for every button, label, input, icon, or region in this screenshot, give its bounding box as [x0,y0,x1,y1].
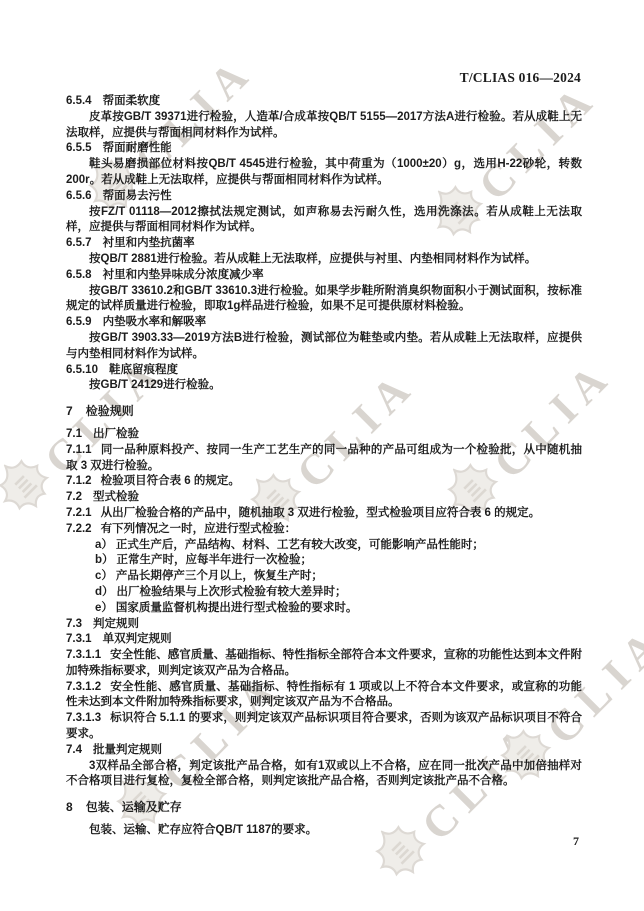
body-paragraph: 按FZ/T 01118—2012擦拭法规定测试，如声称易去污耐久性，选用洗涤法。… [66,205,582,237]
clause-number: 7.2 [66,491,82,503]
clause-title: 内垫吸水率和解吸率 [103,316,207,328]
clause-number: 6.5.10 [66,364,98,376]
clause-title: 型式检验 [93,491,139,503]
clause-heading: 7.3判定规则 [66,617,582,633]
body-paragraph: 按QB/T 2881进行检验。若从成鞋上无法取样，应提供与衬里、内垫相同材料作为… [66,252,582,268]
list-marker: d） [95,586,114,598]
document-page: CLIA CLIA CLIA CLIA [0,0,644,911]
clause-number: 7.1.1 [66,444,92,456]
list-item: e）国家质量监督机构提出进行型式检验的要求时。 [66,601,582,617]
clause-heading: 7.4批量判定规则 [66,743,582,759]
clause-title: 帮面柔软度 [103,95,161,107]
clause-title: 帮面耐磨性能 [103,142,172,154]
clause-title: 帮面易去污性 [103,190,172,202]
body-paragraph: 鞋头易磨损部位材料按QB/T 4545进行检验，其中荷重为（1000±20）g，… [66,157,582,189]
clause-heading: 6.5.4帮面柔软度 [66,94,582,110]
clause-title: 衬里和内垫抗菌率 [103,237,195,249]
clause-heading: 6.5.5帮面耐磨性能 [66,141,582,157]
page-number: 7 [573,834,579,849]
chapter-title: 包装、运输及贮存 [86,800,182,814]
chapter-heading: 7检验规则 [66,404,582,420]
numbered-clause: 7.2.2有下列情况之一时，应进行型式检验： [66,522,582,538]
list-item-text: 出厂检验结果与上次形式检验有较大差异时； [117,586,347,598]
clause-title: 批量判定规则 [93,744,162,756]
clause-title: 鞋底留痕程度 [109,364,178,376]
clause-number: 7.3.1 [66,633,92,645]
clause-heading: 7.3.1单双判定规则 [66,632,582,648]
clause-number: 7.4 [66,744,82,756]
clause-number: 6.5.6 [66,190,92,202]
body-paragraph: 按GB/T 3903.33—2019方法B进行检验，测试部位为鞋垫或内垫。若从成… [66,331,582,363]
numbered-clause: 7.3.1.3标识符合 5.1.1 的要求，则判定该双产品标识项目符合要求，否则… [66,711,582,743]
clause-text: 检验项目符合表 6 的规定。 [101,475,240,487]
clause-heading: 6.5.7衬里和内垫抗菌率 [66,236,582,252]
leather-hide-emblem-icon [0,445,63,524]
clause-number: 7.2.2 [66,523,92,535]
list-marker: b） [95,554,114,566]
clause-heading: 7.1出厂检验 [66,427,582,443]
clause-number: 6.5.5 [66,142,92,154]
numbered-clause: 7.2.1从出厂检验合格的产品中，随机抽取 3 双进行检验，型式检验项目应符合表… [66,506,582,522]
document-content: 6.5.4帮面柔软度皮革按GB/T 39371进行检验，人造革/合成革按QB/T… [66,94,582,839]
list-marker: e） [95,602,113,614]
body-paragraph: 皮革按GB/T 39371进行检验，人造革/合成革按QB/T 5155—2017… [66,110,582,142]
clause-title: 衬里和内垫异味成分浓度减少率 [103,269,264,281]
list-marker: a） [95,539,113,551]
clause-text: 标识符合 5.1.1 的要求，则判定该双产品标识项目符合要求，否则为该双产品标识… [66,712,582,740]
clause-heading: 7.2型式检验 [66,490,582,506]
list-item: a）正式生产后，产品结构、材料、工艺有较大改变，可能影响产品性能时； [66,538,582,554]
list-marker: c） [95,570,113,582]
clause-heading: 6.5.6帮面易去污性 [66,189,582,205]
chapter-number: 8 [66,800,73,814]
clause-text: 从出厂检验合格的产品中，随机抽取 3 双进行检验，型式检验项目应符合表 6 的规… [101,507,541,519]
numbered-clause: 7.1.2检验项目符合表 6 的规定。 [66,474,582,490]
clause-number: 7.3.1.2 [66,681,101,693]
clause-number: 7.3.1.1 [66,649,101,661]
clause-title: 单双判定规则 [103,633,172,645]
clause-text: 有下列情况之一时，应进行型式检验： [101,523,297,535]
list-item: b）正常生产时，应每半年进行一次检验； [66,553,582,569]
chapter-title: 检验规则 [86,404,134,418]
clause-title: 判定规则 [93,618,139,630]
standard-number: T/CLIAS 016—2024 [460,70,581,86]
clause-number: 6.5.8 [66,269,92,281]
body-paragraph: 包装、运输、贮存应符合QB/T 1187的要求。 [66,823,582,839]
clause-title: 出厂检验 [93,428,139,440]
list-item-text: 国家质量监督机构提出进行型式检验的要求时。 [116,602,358,614]
list-item: c）产品长期停产三个月以上，恢复生产时； [66,569,582,585]
clause-text: 安全性能、感官质量、基础指标、特性指标有 1 项或以上不符合本文件要求，或宣称的… [66,681,582,709]
chapter-heading: 8包装、运输及贮存 [66,800,582,816]
clause-text: 同一品种原料投产、按同一生产工艺生产的同一品种的产品可组成为一个检验批，从中随机… [66,444,582,472]
clause-number: 6.5.7 [66,237,92,249]
clause-number: 7.1 [66,428,82,440]
numbered-clause: 7.3.1.1安全性能、感官质量、基础指标、特性指标全部符合本文件要求，宣称的功… [66,648,582,680]
list-item: d）出厂检验结果与上次形式检验有较大差异时； [66,585,582,601]
clause-number: 7.3 [66,618,82,630]
numbered-clause: 7.1.1同一品种原料投产、按同一生产工艺生产的同一品种的产品可组成为一个检验批… [66,443,582,475]
list-item-text: 正常生产时，应每半年进行一次检验； [117,554,313,566]
clause-text: 安全性能、感官质量、基础指标、特性指标全部符合本文件要求，宣称的功能性达到本文件… [66,649,582,677]
body-paragraph: 按GB/T 33610.2和GB/T 33610.3进行检验。如果学步鞋所附消臭… [66,284,582,316]
clause-heading: 6.5.9内垫吸水率和解吸率 [66,315,582,331]
list-item-text: 产品长期停产三个月以上，恢复生产时； [116,570,323,582]
numbered-clause: 7.3.1.2安全性能、感官质量、基础指标、特性指标有 1 项或以上不符合本文件… [66,680,582,712]
list-item-text: 正式生产后，产品结构、材料、工艺有较大改变，可能影响产品性能时； [116,539,484,551]
clause-number: 6.5.9 [66,316,92,328]
clause-number: 7.2.1 [66,507,92,519]
chapter-number: 7 [66,404,73,418]
clause-heading: 6.5.8衬里和内垫异味成分浓度减少率 [66,268,582,284]
clause-number: 7.1.2 [66,475,92,487]
clause-number: 6.5.4 [66,95,92,107]
clause-number: 7.3.1.3 [66,712,101,724]
clause-heading: 6.5.10鞋底留痕程度 [66,363,582,379]
body-paragraph: 3双样品全部合格，判定该批产品合格，如有1双或以上不合格，应在同一批次产品中加倍… [66,759,582,791]
body-paragraph: 按GB/T 24129进行检验。 [66,378,582,394]
